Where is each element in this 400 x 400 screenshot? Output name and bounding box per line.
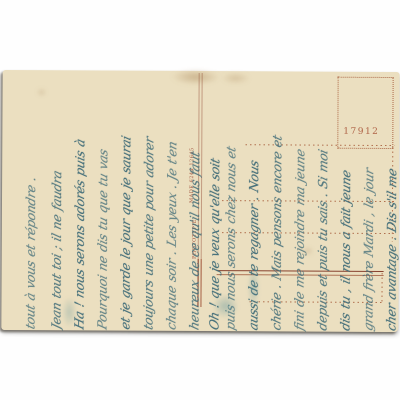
handwriting-line: Pourquoi ne dis tu que tu vas bbox=[95, 77, 110, 331]
handwriting-line: depuis et puis tu sais . Si moi bbox=[315, 79, 330, 333]
handwriting-line: heureux de ce qu'il nous faut bbox=[187, 78, 202, 332]
handwriting-line: chaque soir . Les yeux . Je t'en bbox=[164, 78, 179, 332]
handwriting-line: toujours une petite pour adorer bbox=[141, 78, 156, 332]
postcard: MADE 6244 12645 PHOTOTYPIE 17912 cher av… bbox=[1, 70, 399, 332]
handwriting-line: et je garde le jour que je saurai bbox=[118, 78, 133, 332]
handwriting-line: tout à vous et répondre . bbox=[23, 137, 38, 331]
handwriting-line: cher avantage . Dis s'il me bbox=[384, 79, 399, 333]
paper-stain bbox=[37, 88, 47, 96]
handwriting-line: grand frère Mardi , le jour bbox=[361, 79, 376, 333]
handwriting-line: Ha ! nous serons adorés puis à bbox=[72, 77, 87, 331]
paper-stain bbox=[302, 247, 314, 256]
handwriting-line: chérie . Mais pensons encore et bbox=[269, 78, 284, 332]
handwriting-line: Jean tout toi ; il ne faudra bbox=[49, 92, 64, 331]
paper-stain bbox=[221, 72, 251, 84]
ink-smudge bbox=[61, 296, 77, 328]
handwriting-line: dis tu , il nous a fait jeune bbox=[338, 79, 353, 333]
ink-smudge bbox=[211, 293, 239, 319]
paper-stain bbox=[171, 69, 221, 85]
address-line-connector bbox=[381, 273, 382, 302]
handwriting-line: fini de me rejoindre ma jeune bbox=[292, 78, 307, 332]
